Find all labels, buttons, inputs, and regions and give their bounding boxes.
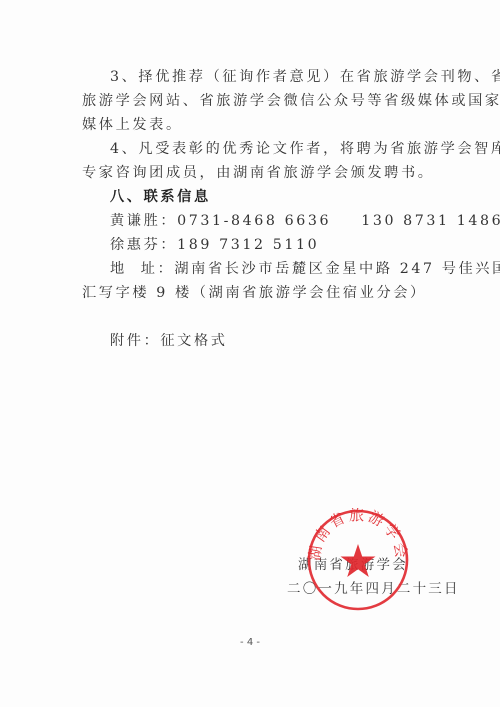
contact-name: 黄谦胜： xyxy=(110,213,177,229)
attachment-label: 附件： xyxy=(110,333,160,349)
contact-name: 徐惠芬： xyxy=(110,237,177,253)
paragraph-item3-line3: 媒体上发表。 xyxy=(82,116,183,134)
contact-row-1: 黄谦胜：0731-8468 6636130 8731 1486 xyxy=(110,212,500,230)
address-label-part1: 地 xyxy=(110,261,127,277)
address-label-part2: 址： xyxy=(141,261,175,277)
document-page: 3、择优推荐（征询作者意见）在省旅游学会刊物、省 旅游学会网站、省旅游学会微信公… xyxy=(0,0,500,707)
attachment-row: 附件：征文格式 xyxy=(110,332,228,350)
paragraph-item4-line2: 专家咨询团成员，由湖南省旅游学会颁发聘书。 xyxy=(82,164,435,182)
signature-organization: 湖南省旅游学会 xyxy=(298,553,500,573)
contact-section-heading: 八、联系信息 xyxy=(110,188,211,206)
paragraph-item3-line2: 旅游学会网站、省旅游学会微信公众号等省级媒体或国家级 xyxy=(82,92,500,110)
page-number: - 4 - xyxy=(0,637,500,648)
address-value: 湖南省长沙市岳麓区金星中路 247 号佳兴国际 xyxy=(174,261,500,277)
paragraph-item3-line1: 3、择优推荐（征询作者意见）在省旅游学会刊物、省 xyxy=(110,68,500,86)
attachment-value: 征文格式 xyxy=(160,333,227,349)
address-continuation: 汇写字楼 9 楼（湖南省旅游学会住宿业分会） xyxy=(82,284,427,302)
contact-mobile: 130 8731 1486 xyxy=(361,213,500,229)
contact-row-2: 徐惠芬：189 7312 5110 xyxy=(110,236,319,254)
paragraph-item4-line1: 4、凡受表彰的优秀论文作者，将聘为省旅游学会智库 xyxy=(110,140,500,158)
signature-date: 二〇一九年四月二十三日 xyxy=(287,577,500,597)
address-row: 地址：湖南省长沙市岳麓区金星中路 247 号佳兴国际 xyxy=(110,260,500,278)
contact-mobile: 189 7312 5110 xyxy=(177,237,319,253)
contact-phone: 0731-8468 6636 xyxy=(177,213,331,229)
